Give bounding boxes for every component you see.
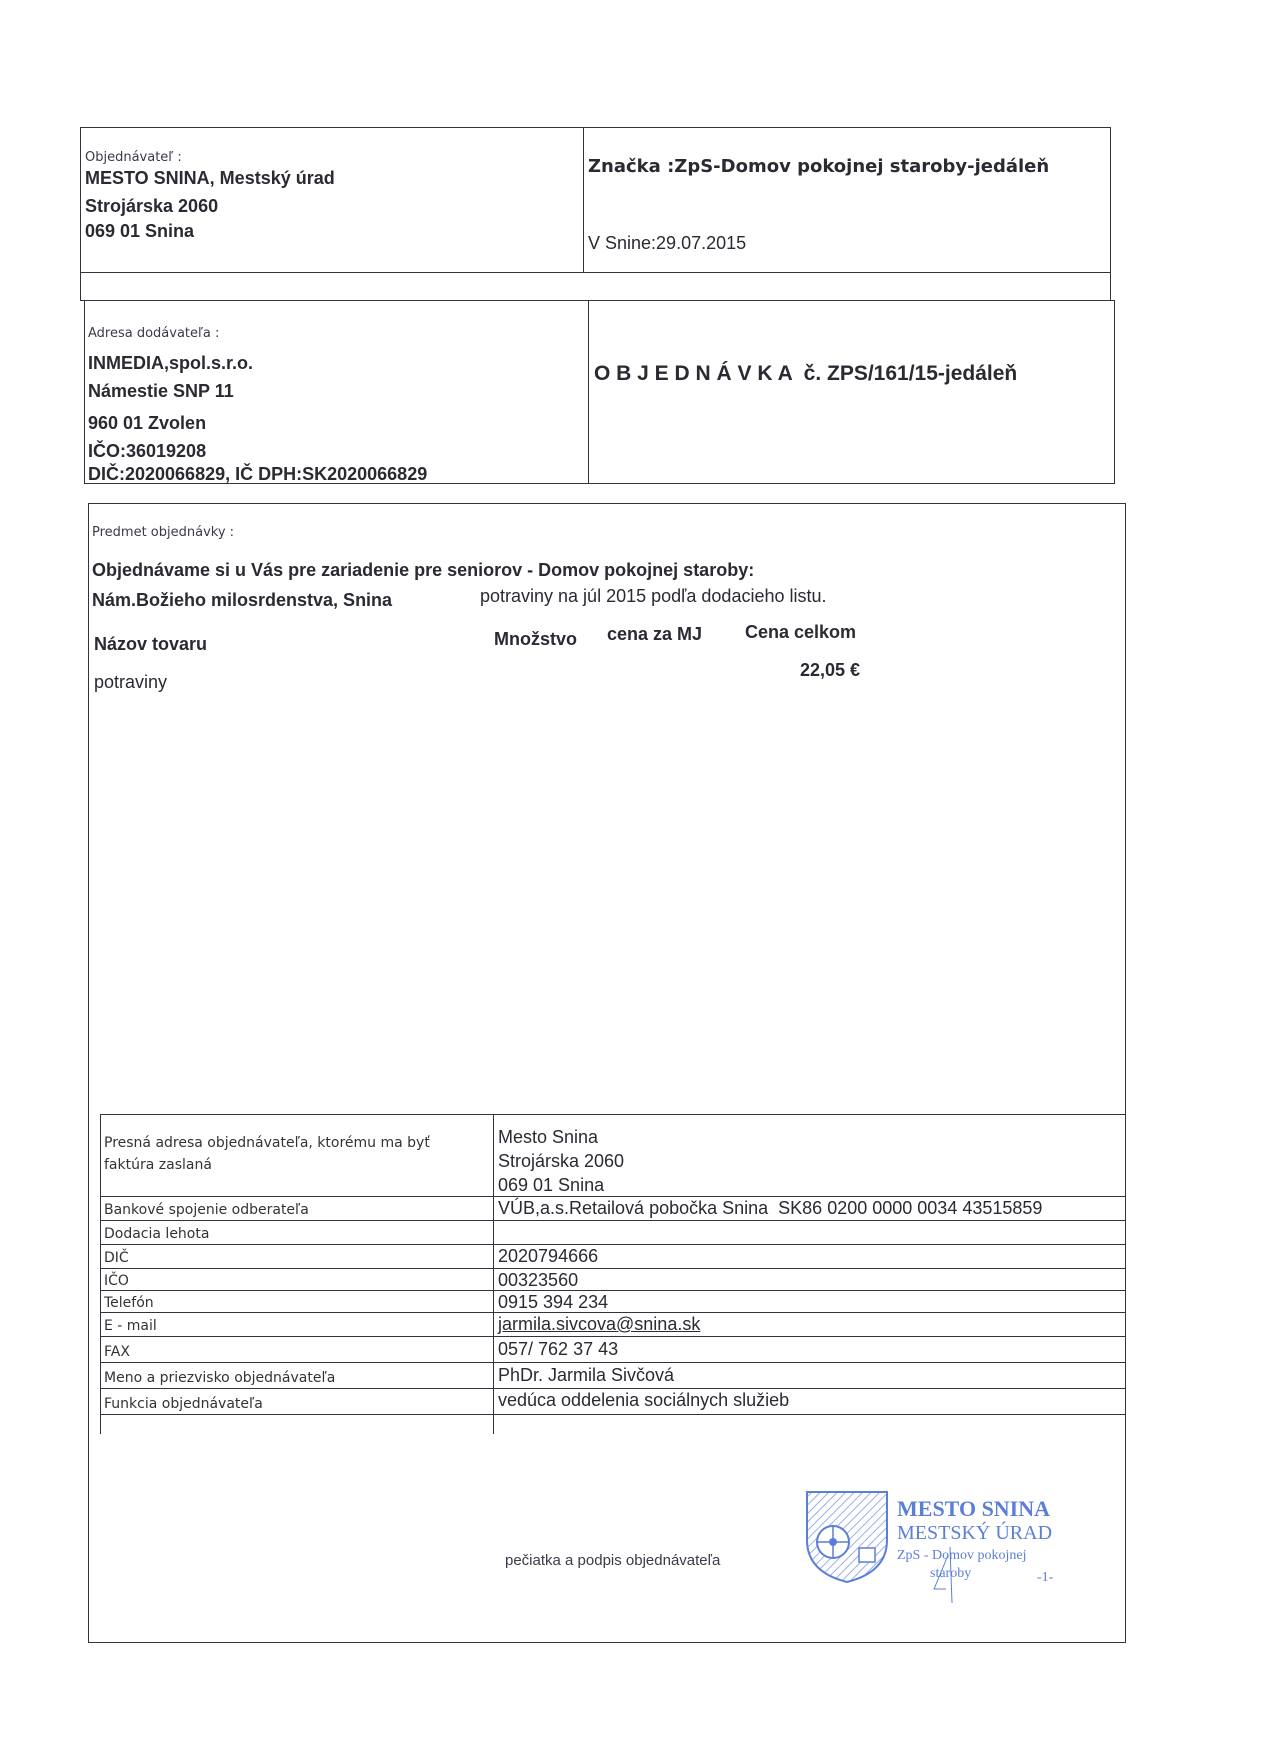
details-label-invoice-address: Presná adresa objednávateľa, ktorému ma … bbox=[104, 1132, 430, 1176]
subject-line2-right: potraviny na júl 2015 podľa dodacieho li… bbox=[480, 586, 827, 607]
details-value-invoice-address-1: Mesto Snina bbox=[498, 1127, 598, 1148]
row-line bbox=[100, 1196, 1126, 1197]
supplier-street: Námestie SNP 11 bbox=[88, 381, 234, 402]
orderer-name: MESTO SNINA, Mestský úrad bbox=[85, 168, 335, 189]
stamp: MESTO SNINA MESTSKÝ ÚRAD ZpS - Domov pok… bbox=[805, 1490, 1085, 1600]
details-label-email: E - mail bbox=[104, 1318, 157, 1334]
subject-line1: Objednávame si u Vás pre zariadenie pre … bbox=[92, 560, 754, 581]
header-divider bbox=[583, 127, 584, 273]
stamp-line1: MESTO SNINA bbox=[897, 1496, 1050, 1522]
details-value-invoice-address-3: 069 01 Snina bbox=[498, 1175, 604, 1196]
row-line bbox=[100, 1414, 1126, 1415]
signature-scribble-icon bbox=[920, 1545, 980, 1605]
details-value-function: vedúca oddelenia sociálnych služieb bbox=[498, 1390, 789, 1411]
supplier-dic: DIČ:2020066829, IČ DPH:SK2020066829 bbox=[88, 464, 427, 485]
details-value-fax: 057/ 762 37 43 bbox=[498, 1339, 618, 1360]
order-date: V Snine:29.07.2015 bbox=[588, 233, 746, 254]
details-value-invoice-address-2: Strojárska 2060 bbox=[498, 1151, 624, 1172]
details-label-function: Funkcia objednávateľa bbox=[104, 1396, 263, 1412]
column-header-total: Cena celkom bbox=[745, 622, 856, 643]
header-box bbox=[80, 127, 1111, 301]
signature-label: pečiatka a podpis objednávateľa bbox=[505, 1552, 720, 1569]
details-label-fax: FAX bbox=[104, 1344, 130, 1360]
subject-line2-left: Nám.Božieho milosrdenstva, Snina bbox=[92, 590, 392, 611]
row-line bbox=[100, 1290, 1126, 1291]
coat-of-arms-icon bbox=[805, 1490, 889, 1584]
details-value-dic: 2020794666 bbox=[498, 1246, 598, 1267]
order-title: O B J E D N Á V K A č. ZPS/161/15-jedále… bbox=[594, 362, 1017, 386]
row-line bbox=[100, 1388, 1126, 1389]
supplier-name: INMEDIA,spol.s.r.o. bbox=[88, 353, 253, 374]
supplier-box bbox=[84, 300, 1115, 484]
row-line bbox=[100, 1312, 1126, 1313]
details-label-name: Meno a priezvisko objednávateľa bbox=[104, 1370, 335, 1386]
column-header-qty: Množstvo bbox=[494, 629, 577, 650]
column-header-unit-price: cena za MJ bbox=[607, 624, 702, 645]
details-label-phone: Telefón bbox=[104, 1295, 154, 1311]
supplier-ico: IČO:36019208 bbox=[88, 441, 206, 462]
row-line bbox=[100, 1244, 1126, 1245]
item-row-total: 22,05 € bbox=[800, 660, 860, 681]
details-label-delivery: Dodacia lehota bbox=[104, 1226, 209, 1242]
details-label-bank: Bankové spojenie odberateľa bbox=[104, 1202, 309, 1218]
reference-znacka: Značka :ZpS-Domov pokojnej staroby-jedál… bbox=[588, 156, 1049, 177]
row-line bbox=[100, 1336, 1126, 1337]
header-bottom-line bbox=[80, 272, 1111, 273]
details-value-email[interactable]: jarmila.sivcova@snina.sk bbox=[498, 1314, 700, 1335]
details-top-line bbox=[100, 1114, 1126, 1115]
subject-box bbox=[88, 503, 1126, 1643]
orderer-street: Strojárska 2060 bbox=[85, 196, 218, 217]
details-divider bbox=[493, 1114, 494, 1434]
details-left-edge bbox=[100, 1114, 101, 1434]
orderer-label: Objednávateľ : bbox=[85, 150, 182, 165]
subject-label: Predmet objednávky : bbox=[92, 525, 234, 540]
supplier-label: Adresa dodávateľa : bbox=[88, 326, 219, 341]
row-line bbox=[100, 1268, 1126, 1269]
orderer-city: 069 01 Snina bbox=[85, 221, 194, 242]
details-value-name: PhDr. Jarmila Sivčová bbox=[498, 1365, 674, 1386]
row-line bbox=[100, 1220, 1126, 1221]
page-number: -1- bbox=[1037, 1570, 1053, 1586]
details-label-dic: DIČ bbox=[104, 1250, 129, 1266]
supplier-divider bbox=[588, 300, 589, 484]
stamp-line2: MESTSKÝ ÚRAD bbox=[897, 1522, 1052, 1545]
item-row-name: potraviny bbox=[94, 672, 167, 693]
details-value-bank: VÚB,a.s.Retailová pobočka Snina SK86 020… bbox=[498, 1198, 1042, 1219]
details-label-ico: IČO bbox=[104, 1273, 129, 1289]
supplier-city: 960 01 Zvolen bbox=[88, 413, 206, 434]
column-header-item: Názov tovaru bbox=[94, 634, 207, 655]
details-value-ico: 00323560 bbox=[498, 1270, 578, 1291]
details-value-phone: 0915 394 234 bbox=[498, 1292, 608, 1313]
row-line bbox=[100, 1362, 1126, 1363]
